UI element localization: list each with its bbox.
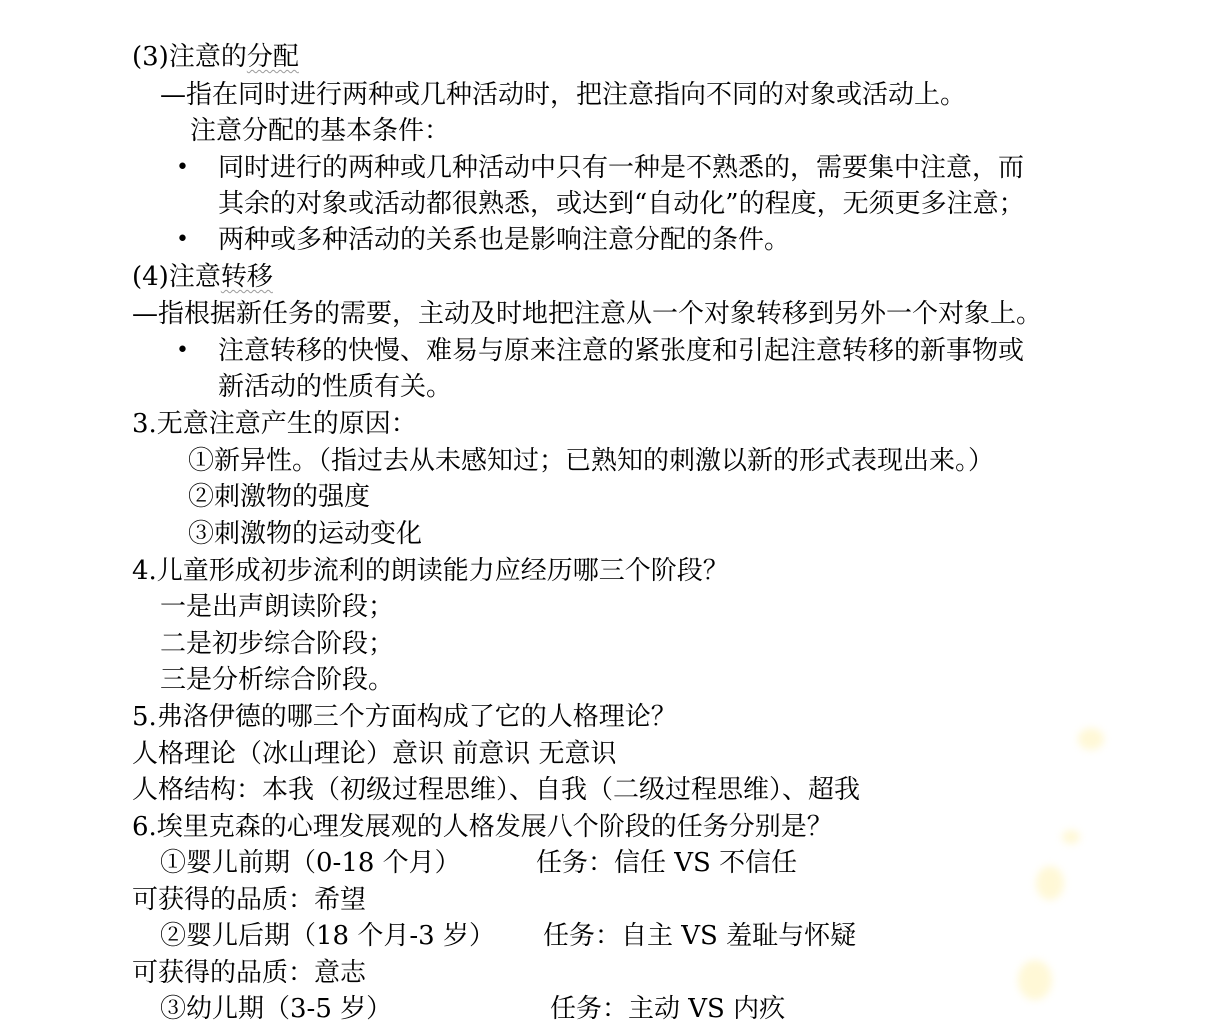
q4-item: 一是出声朗读阶段；	[160, 590, 394, 624]
stage-period: ②婴儿后期（18 个月-3 岁）	[160, 919, 495, 953]
bullet-text: 同时进行的两种或几种活动中只有一种是不熟悉的，需要集中注意，而	[218, 151, 1024, 185]
q3-item: ①新异性。（指过去从未感知过；已熟知的刺激以新的形式表现出来。）	[188, 444, 994, 478]
question-6-title: 6.埃里克森的心理发展观的人格发展八个阶段的任务分别是？	[132, 810, 833, 844]
bullet-icon: •	[176, 334, 189, 368]
stain-mark	[1018, 960, 1052, 1000]
section-heading-attention-distribution: (3)注意的分配	[132, 40, 299, 74]
stage-task: 任务：自主 VS 羞耻与怀疑	[543, 919, 856, 953]
q4-item: 三是分析综合阶段。	[160, 663, 394, 697]
definition-text: —指在同时进行两种或几种活动时，把注意指向不同的对象或活动上。	[160, 78, 966, 112]
bullet-text-cont: 其余的对象或活动都很熟悉，或达到“自动化”的程度，无须更多注意；	[218, 187, 1025, 221]
document-page: (3)注意的分配 —指在同时进行两种或几种活动时，把注意指向不同的对象或活动上。…	[0, 0, 1206, 1023]
question-5-title: 5.弗洛伊德的哪三个方面构成了它的人格理论？	[132, 700, 677, 734]
spellcheck-underlined-word: 分配	[247, 42, 299, 72]
q5-line: 人格结构：本我（初级过程思维）、自我（二级过程思维）、超我	[132, 773, 860, 807]
bullet-icon: •	[176, 151, 189, 185]
stage-quality: 可获得的品质：意志	[132, 956, 366, 990]
definition-text: —指根据新任务的需要，主动及时地把注意从一个对象转移到另外一个对象上。	[132, 297, 1042, 331]
stage-quality: 可获得的品质：希望	[132, 883, 366, 917]
stage-period: ③幼儿期（3-5 岁）	[160, 992, 392, 1023]
bullet-text: 注意转移的快慢、难易与原来注意的紧张度和引起注意转移的新事物或	[218, 334, 1024, 368]
q4-item: 二是初步综合阶段；	[160, 627, 394, 661]
stain-mark	[1062, 830, 1080, 844]
bullet-text-cont: 新活动的性质有关。	[218, 370, 452, 404]
heading-text: (3)注意的	[132, 42, 247, 72]
heading-text: (4)注意	[132, 262, 221, 292]
section-heading-attention-shift: (4)注意转移	[132, 260, 273, 294]
stage-task: 任务：主动 VS 内疚	[550, 992, 785, 1023]
question-3-title: 3.无意注意产生的原因：	[132, 407, 417, 441]
stain-mark	[1078, 728, 1104, 750]
question-4-title: 4.儿童形成初步流利的朗读能力应经历哪三个阶段？	[132, 554, 729, 588]
stage-task: 任务：信任 VS 不信任	[536, 846, 797, 880]
stage-period: ①婴儿前期（0-18 个月）	[160, 846, 461, 880]
conditions-title: 注意分配的基本条件：	[190, 114, 450, 148]
bullet-icon: •	[176, 223, 189, 257]
bullet-text: 两种或多种活动的关系也是影响注意分配的条件。	[218, 223, 790, 257]
q3-item: ②刺激物的强度	[188, 480, 370, 514]
stain-mark	[1036, 866, 1064, 900]
q5-line: 人格理论（冰山理论）意识 前意识 无意识	[132, 737, 617, 771]
spellcheck-underlined-word: 转移	[221, 262, 273, 292]
q3-item: ③刺激物的运动变化	[188, 517, 422, 551]
